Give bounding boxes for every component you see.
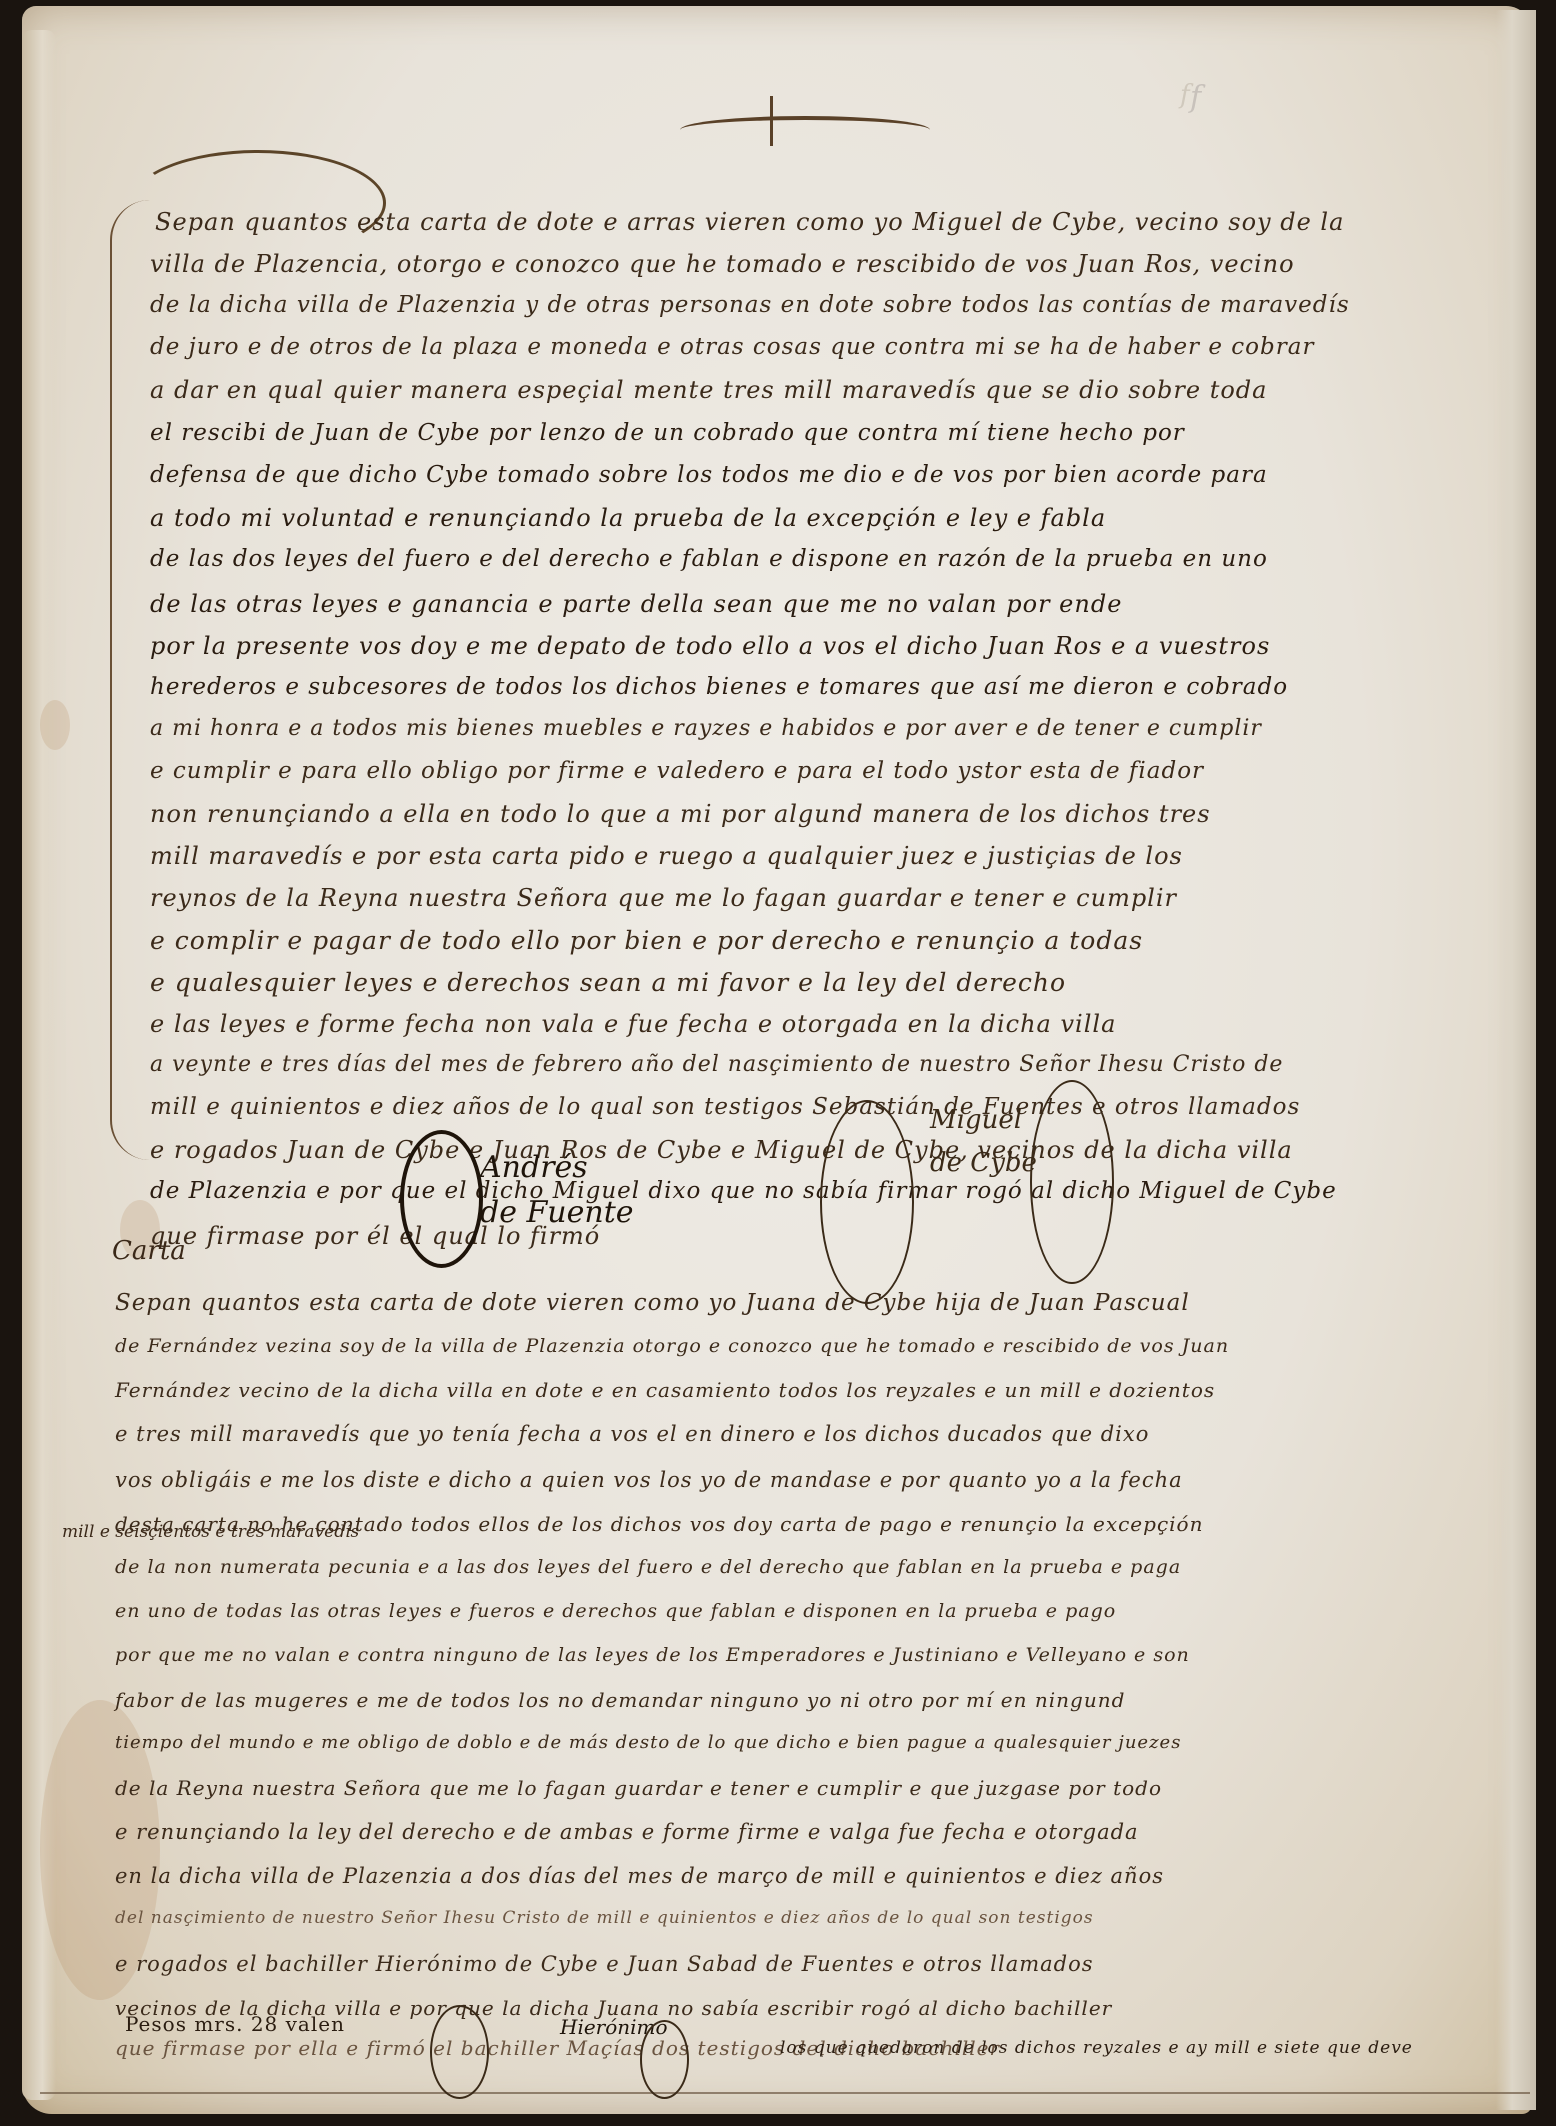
deed-1-line: e las leyes e forme fecha non vala e fue… [150,1010,1116,1038]
deed-1-line: de Plazenzia e por que el dicho Miguel d… [150,1178,1337,1204]
deed-2-line: por que me no valan e contra ninguno de … [115,1644,1190,1666]
deed-2-line: del nasçimiento de nuestro Señor Ihesu C… [115,1908,1094,1928]
signature-rubric [400,1130,483,1268]
deed-2-line: Fernández vecino de la dicha villa en do… [115,1378,1215,1402]
deed-1-line: villa de Plazencia, otorgo e conozco que… [150,250,1295,278]
deed-1-line: non renunçiando a ella en todo lo que a … [150,800,1211,828]
bleed-through-text: f [1180,80,1190,110]
signature-line-1: Miguel [930,1105,1022,1135]
folio-mark: f [1190,80,1201,115]
deed-2-line: e rogados el bachiller Hierónimo de Cybe… [115,1952,1094,1976]
page-bottom-edge [40,2092,1530,2094]
deed-2-line: tiempo del mundo e me obligo de doblo e … [115,1732,1181,1753]
deed-1-line: e qualesquier leyes e derechos sean a mi… [150,968,1066,997]
deed-1-line: reynos de la Reyna nuestra Señora que me… [150,884,1177,912]
deed-2-line: Sepan quantos esta carta de dote vieren … [115,1290,1190,1316]
deed-1-line: de las dos leyes del fuero e del derecho… [150,546,1268,572]
deed-1-line: de juro e de otros de la plaza e moneda … [150,334,1314,360]
deed-2-line: de la non numerata pecunia e a las dos l… [115,1556,1181,1578]
deed-1-line: mill e quinientos e diez años de lo qual… [150,1094,1300,1120]
signature-rubric [820,1100,914,1304]
deed-1-line: a veynte e tres días del mes de febrero … [150,1052,1283,1077]
deed-1-line: de la dicha villa de Plazenzia y de otra… [150,292,1350,318]
deed-2-line: e renunçiando la ley del derecho e de am… [115,1820,1139,1844]
deed-2-line: fabor de las mugeres e me de todos los n… [115,1688,1125,1712]
cross-heading-flourish [680,96,940,156]
deed-1-line: a mi honra e a todos mis bienes muebles … [150,716,1262,741]
deed-2-line: en la dicha villa de Plazenzia a dos día… [115,1864,1164,1888]
deed-2-line: vos obligáis e me los diste e dicho a qu… [115,1468,1183,1492]
deed-1-line: mill maravedís e por esta carta pido e r… [150,842,1183,870]
deed-1-line: Sepan quantos esta carta de dote e arras… [155,208,1344,236]
deed-1-line: e rogados Juan de Cybe e Juan Ros de Cyb… [150,1136,1293,1164]
paper-stain [40,700,70,750]
deed-1-line: defensa de que dicho Cybe tomado sobre l… [150,462,1268,488]
flourish-stroke [680,116,930,144]
margin-heading: Carta [112,1236,186,1266]
page-edge-right [1496,10,1536,2110]
signature-line-2: de Cybe [930,1148,1037,1178]
deed-1-line: el rescibi de Juan de Cybe por lenzo de … [150,420,1185,446]
bottom-right-note: los que quedaron de los dichos reyzales … [780,2038,1413,2058]
deed-1-line: herederos e subcesores de todos los dich… [150,674,1288,700]
signature-rubric [430,2005,489,2099]
deed-1-line: por la presente vos doy e me depato de t… [150,632,1270,660]
deed-2-line: de Fernández vezina soy de la villa de P… [115,1335,1229,1357]
signature-rubric [1030,1080,1114,1284]
signature-line-2: de Fuente [480,1195,634,1230]
deed-1-line: a todo mi voluntad e renunçiando la prue… [150,504,1106,532]
deed-1-line: e cumplir e para ello obligo por firme e… [150,758,1204,784]
deed-1-line: a dar en qual quier manera espeçial ment… [150,376,1267,404]
signature-line-1: Andrés [480,1150,588,1185]
deed-1-line: de las otras leyes e ganancia e parte de… [150,590,1122,618]
deed-2-line: en uno de todas las otras leyes e fueros… [115,1600,1116,1622]
signature-rubric [640,2020,689,2099]
deed-2-line: desta carta no he contado todos ellos de… [115,1512,1203,1536]
bottom-left-note: Pesos mrs. 28 valen [125,2012,345,2036]
deed-1-line: e complir e pagar de todo ello por bien … [150,926,1143,955]
deed-2-line: e tres mill maravedís que yo tenía fecha… [115,1422,1149,1446]
deed-2-line: de la Reyna nuestra Señora que me lo fag… [115,1776,1162,1800]
cross-icon [770,96,773,146]
